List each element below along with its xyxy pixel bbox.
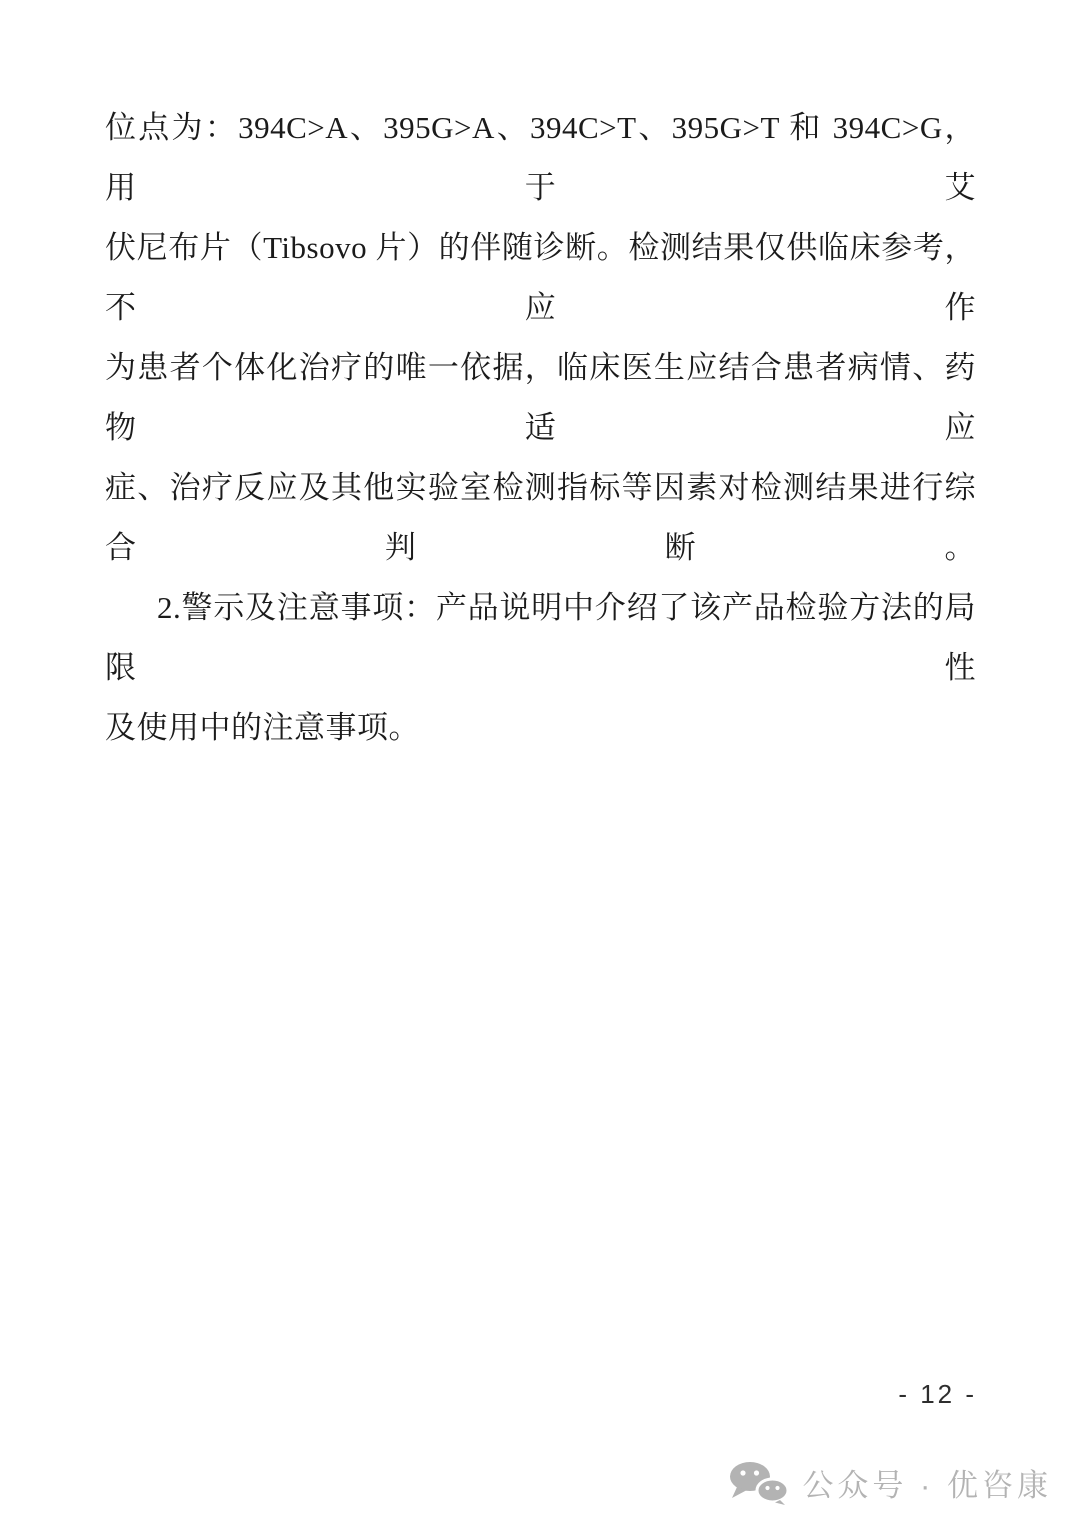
paragraph-line: 伏尼布片（Tibsovo 片）的伴随诊断。检测结果仅供临床参考，不应作 [105,218,976,338]
paragraph-line: 及使用中的注意事项。 [105,698,976,758]
wechat-icon [728,1461,790,1505]
paragraph-line: 2.警示及注意事项：产品说明中介绍了该产品检验方法的局限性 [105,578,976,698]
paragraph-line: 位点为：394C>A、395G>A、394C>T、395G>T 和 394C>G… [105,98,976,218]
paragraph-line: 症、治疗反应及其他实验室检测指标等因素对检测结果进行综合判断。 [105,458,976,578]
document-body-text: 位点为：394C>A、395G>A、394C>T、395G>T 和 394C>G… [105,98,976,758]
page-number: - 12 - [898,1379,977,1410]
wechat-account-text: 公众号 · 优咨康 [802,1460,1052,1505]
wechat-watermark: 公众号 · 优咨康 [728,1460,1052,1505]
paragraph-line: 为患者个体化治疗的唯一依据，临床医生应结合患者病情、药物适应 [105,338,976,458]
document-page: 位点为：394C>A、395G>A、394C>T、395G>T 和 394C>G… [0,0,1080,1527]
